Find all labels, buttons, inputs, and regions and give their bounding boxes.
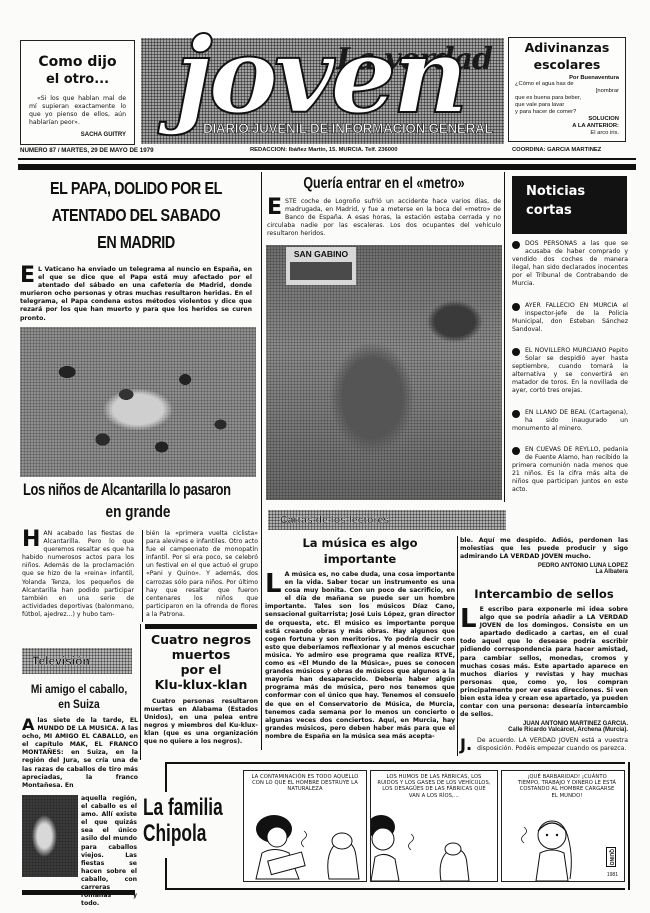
sellos-letter: Intercambio de sellos LE escribo para ex… bbox=[460, 587, 628, 754]
noticias-item-text: Pepito Solar se despidió ayer hasta sept… bbox=[512, 347, 628, 394]
noticias-item: DOS PERSONAS a las que se acusaba de hab… bbox=[512, 240, 628, 289]
logo-word: joven bbox=[175, 24, 464, 128]
bullet-icon bbox=[512, 348, 520, 356]
musica-headline-line2: importante bbox=[265, 552, 455, 566]
alcantarilla-col-divider bbox=[142, 530, 143, 622]
manolito-drawing-icon bbox=[371, 809, 499, 881]
mafalda-drawing-icon bbox=[244, 801, 368, 881]
television-body: Alas siete de la tarde, EL MUNDO DE LA M… bbox=[22, 717, 138, 790]
noticias-item-lead: DOS PERSONAS bbox=[525, 240, 577, 247]
comic-right-rule bbox=[628, 762, 630, 890]
television-banner: Televisión bbox=[22, 648, 132, 674]
comic-title-line1: La familia bbox=[143, 795, 215, 821]
alcantarilla-col2: bién la «primera vuelta ciclista» para a… bbox=[146, 530, 258, 619]
riddle-line4: que vale para lavar bbox=[515, 102, 619, 109]
riddle-line5: y para hacer de comer? bbox=[515, 109, 619, 116]
quote-text: «Si los que hablan mal de mí supieran ex… bbox=[29, 95, 126, 127]
klan-left-rule bbox=[140, 624, 141, 760]
quote-author: SACHA GUITRY bbox=[21, 132, 126, 138]
comic-panel-2: LOS HUMOS DE LAS FÁBRICAS, LOS RUIDOS Y … bbox=[370, 770, 498, 882]
quote-title-line2: el otro... bbox=[21, 72, 134, 87]
alcantarilla-dropcap: H bbox=[22, 531, 40, 549]
comic-balloon-2: LOS HUMOS DE LAS FÁBRICAS, LOS RUIDOS Y … bbox=[377, 774, 491, 799]
musica-headline-line1: La música es algo bbox=[265, 536, 455, 550]
noticias-item-text: pedanía de Fuente Alamo, han recibido la… bbox=[512, 446, 628, 493]
noticias-item-lead: EN LLANO DE BEAL bbox=[525, 409, 586, 416]
klan-headline-line1: Cuatro negros bbox=[144, 632, 258, 647]
alcantarilla-photo bbox=[20, 327, 256, 477]
bullet-icon bbox=[512, 447, 520, 455]
riddle-box: Adivinanzas escolares Por Buenaventura ¿… bbox=[508, 37, 626, 142]
noticias-item-lead: AYER FALLECIO EN MURCIA bbox=[525, 302, 617, 309]
riddle-title-line1: Adivinanzas bbox=[515, 40, 619, 55]
noticias-title-line2: cortas bbox=[526, 203, 627, 218]
sellos-address: Calle Ricardo Valcárcel, Archena (Murcia… bbox=[460, 727, 628, 733]
sellos-headline: Intercambio de sellos bbox=[460, 587, 628, 601]
comic-signature: QUINO bbox=[606, 847, 616, 867]
papa-headline-line3: EN MADRID bbox=[39, 232, 233, 253]
television-section-label: Televisión bbox=[32, 654, 90, 668]
metro-text: STE coche de Logroño sufrió un accidente… bbox=[267, 198, 501, 237]
klan-text: Cuatro personas resultaron muertas en Al… bbox=[144, 698, 258, 747]
metro-photo: SAN GABINO bbox=[266, 245, 502, 500]
noticias-item-lead: EL NOVILLERO MURCIANO bbox=[525, 347, 606, 354]
masthead-logo: La verdad joven DIARIO JUVENIL DE INFORM… bbox=[141, 38, 504, 144]
riddle-title-line2: escolares bbox=[515, 57, 619, 72]
metro-sign-text: SAN GABINO bbox=[286, 249, 356, 259]
sellos-reply: J.De acuerdo. LA VERDAD JOVEN está a vue… bbox=[460, 737, 628, 753]
cartas-banner: Cartas de los lectores bbox=[268, 510, 506, 530]
sellos-body: LE escribo para exponerle mi idea sobre … bbox=[460, 606, 628, 719]
papa-headline-line2: ATENTADO DEL SABADO bbox=[39, 205, 233, 226]
noticias-item: EL NOVILLERO MURCIANO Pepito Solar se de… bbox=[512, 347, 628, 396]
noticias-item-lead: EN CUEVAS DE REYLLO, bbox=[525, 446, 600, 453]
center-left-rule bbox=[261, 172, 262, 750]
musica-dropcap: L bbox=[265, 572, 282, 596]
papa-text: L Vaticano ha enviado un telegrama al nu… bbox=[20, 266, 252, 322]
comic-left-rule-lower bbox=[165, 858, 167, 889]
horse-photo bbox=[22, 795, 78, 877]
klan-headline-line3: por el bbox=[144, 662, 258, 677]
bullet-icon bbox=[512, 241, 520, 249]
masthead-rule-thin bbox=[18, 158, 636, 160]
alcantarilla-col1: HAN acabado las fiestas de Alcantarilla.… bbox=[22, 530, 134, 619]
musica-continued-text: ble. Aquí me despido. Adiós, perdonen la… bbox=[460, 537, 628, 561]
noticias-header: Noticias cortas bbox=[512, 176, 627, 234]
noticias-list: DOS PERSONAS a las que se acusaba de hab… bbox=[512, 240, 628, 494]
papa-body: EL Vaticano ha enviado un telegrama al n… bbox=[18, 266, 254, 323]
metro-sign-panel bbox=[290, 262, 352, 280]
television-end-rule bbox=[22, 890, 135, 895]
noticias-item-text: a las que se acusaba de haber comprado y… bbox=[512, 240, 628, 287]
sellos-reply-text: De acuerdo. LA VERDAD JOVEN está a vuest… bbox=[477, 737, 628, 752]
television-headline-line2: en Suiza bbox=[27, 697, 131, 711]
klan-top-bar bbox=[145, 624, 257, 629]
comic-balloon-3: ¡QUÉ BARBARIDAD! ¡CUÁNTO TIEMPO, TRABAJO… bbox=[516, 774, 618, 799]
papa-article: EL PAPA, DOLIDO POR EL ATENTADO DEL SABA… bbox=[18, 172, 254, 332]
masthead-rule-thick bbox=[18, 164, 636, 170]
bullet-icon bbox=[512, 303, 520, 311]
metro-headline: Quería entrar en el «metro» bbox=[288, 175, 480, 193]
comic-title: La familia Chipola bbox=[143, 795, 243, 847]
sellos-text: E escribo para exponerle mi idea sobre a… bbox=[460, 606, 628, 718]
alcantarilla-headline-line2: en grande bbox=[42, 502, 234, 522]
metro-article: Quería entrar en el «metro» ESTE coche d… bbox=[264, 172, 504, 238]
television-headline-line1: Mi amigo el caballo, bbox=[27, 682, 131, 696]
musica-letter: La música es algo importante LA música e… bbox=[265, 536, 455, 741]
noticias-item: AYER FALLECIO EN MURCIA el inspector-jef… bbox=[512, 302, 628, 334]
metro-dropcap: E bbox=[267, 199, 282, 217]
coordina-line: COORDINA: GARCIA MARTINEZ bbox=[512, 147, 601, 153]
quote-box: Como dijo el otro... «Si los que hablan … bbox=[20, 40, 135, 145]
metro-body: ESTE coche de Logroño sufrió un accident… bbox=[264, 198, 504, 238]
television-text-top: las siete de la tarde, EL MUNDO DE LA MU… bbox=[22, 717, 138, 789]
television-dropcap: A bbox=[22, 718, 34, 732]
sellos-dropcap: L bbox=[460, 607, 477, 631]
riddle-line2: [nombrar bbox=[515, 88, 619, 95]
noticias-item: EN LLANO DE BEAL (Cartagena), ha sido in… bbox=[512, 409, 628, 433]
musica-body: LA música es, no cabe duda, una cosa imp… bbox=[265, 571, 455, 741]
comic-title-line2: Chipola bbox=[143, 821, 215, 847]
papa-dropcap: E bbox=[20, 267, 35, 285]
comic-bottom-rule bbox=[165, 888, 625, 890]
klan-headline-line4: Klu-klux-klan bbox=[144, 677, 258, 692]
metro-photo-sign: SAN GABINO bbox=[286, 247, 356, 285]
noticias-item: EN CUEVAS DE REYLLO, pedanía de Fuente A… bbox=[512, 446, 628, 495]
redaccion-line: REDACCION: Ibáñez Martín, 15. MURCIA. Te… bbox=[250, 147, 397, 153]
alcantarilla-article: Los niños de Alcantarilla lo pasaron en … bbox=[18, 480, 258, 522]
sellos-reply-initial: J. bbox=[460, 737, 472, 752]
logo-subtitle: DIARIO JUVENIL DE INFORMACION GENERAL bbox=[203, 121, 492, 136]
klan-headline-line2: muertos bbox=[144, 647, 258, 662]
comic-top-rule bbox=[165, 762, 625, 764]
cartas-col-divider bbox=[457, 536, 458, 756]
quote-title-line1: Como dijo bbox=[21, 54, 134, 70]
riddle-solution-label1: SOLUCION bbox=[515, 116, 619, 123]
comic-panel-1: LA CONTAMINACIÓN ES TODO AQUELLO CON LO … bbox=[243, 770, 367, 882]
riddle-solution: El arco iris. bbox=[515, 130, 619, 137]
cartas-section-label: Cartas de los lectores bbox=[280, 514, 389, 526]
alcantarilla-headline-line1: Los niños de Alcantarilla lo pasaron bbox=[23, 480, 202, 500]
musica-place: La Albatera bbox=[460, 569, 628, 575]
riddle-line3: que es buena para beber, bbox=[515, 95, 619, 102]
riddle-line1: ¿Cómo el agua has de bbox=[515, 81, 619, 88]
bullet-icon bbox=[512, 410, 520, 418]
musica-continued: ble. Aquí me despido. Adiós, perdonen la… bbox=[460, 537, 628, 575]
center-right-rule bbox=[504, 172, 505, 502]
riddle-solution-label2: A LA ANTERIOR: bbox=[515, 123, 619, 130]
klan-article: Cuatro negros muertos por el Klu-klux-kl… bbox=[144, 632, 258, 747]
issue-line: NUMERO 87 / MARTES, 29 DE MAYO DE 1979 bbox=[20, 147, 154, 154]
noticias-title-line1: Noticias bbox=[526, 184, 627, 199]
musica-text: A música es, no cabe duda, una cosa impo… bbox=[265, 571, 455, 740]
comic-balloon-1: LA CONTAMINACIÓN ES TODO AQUELLO CON LO … bbox=[250, 774, 360, 793]
comic-left-rule-upper bbox=[165, 762, 167, 792]
comic-year: 1981 bbox=[607, 872, 618, 878]
papa-headline-line1: EL PAPA, DOLIDO POR EL bbox=[39, 178, 233, 199]
comic-panel-3: ¡QUÉ BARBARIDAD! ¡CUÁNTO TIEMPO, TRABAJO… bbox=[501, 770, 625, 882]
